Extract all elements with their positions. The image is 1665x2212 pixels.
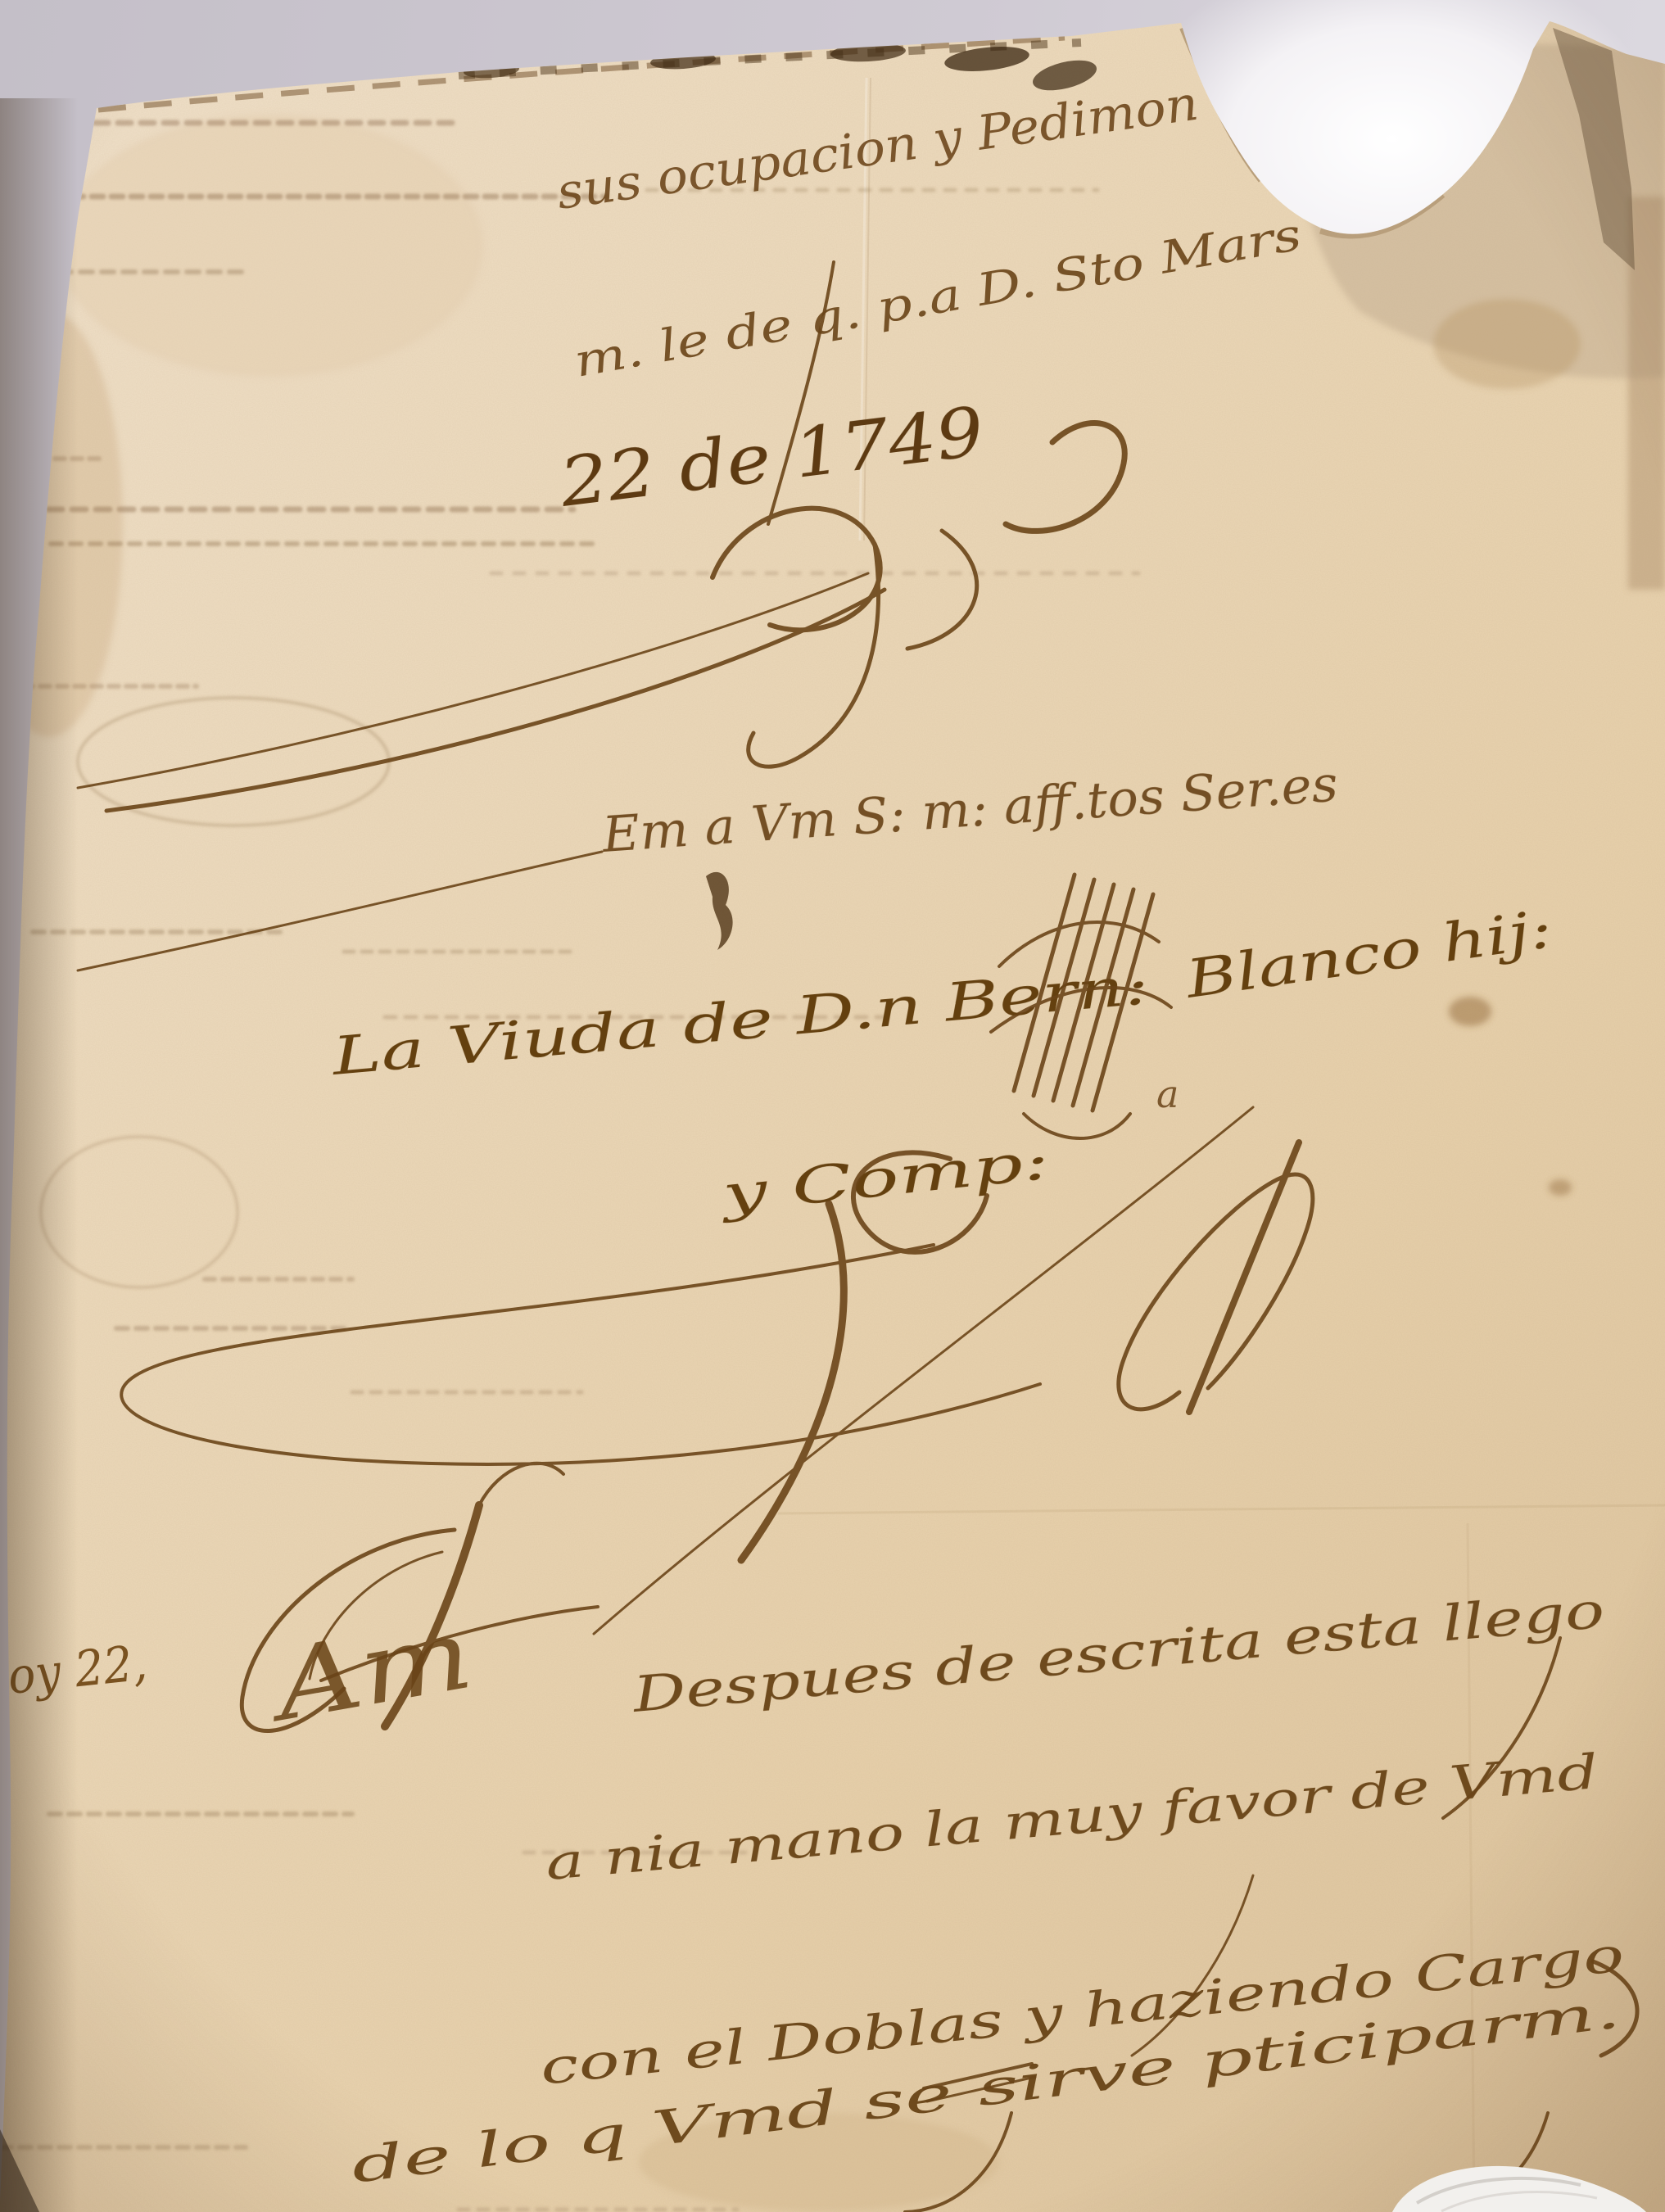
manuscript-letter-scene: sus ocupacion y Pedimon m. le de q. p.a … <box>0 0 1665 2212</box>
left-edge-shadow <box>0 98 78 2212</box>
manuscript-photo: sus ocupacion y Pedimon m. le de q. p.a … <box>0 0 1665 2212</box>
photo-vignette <box>0 0 1665 2212</box>
